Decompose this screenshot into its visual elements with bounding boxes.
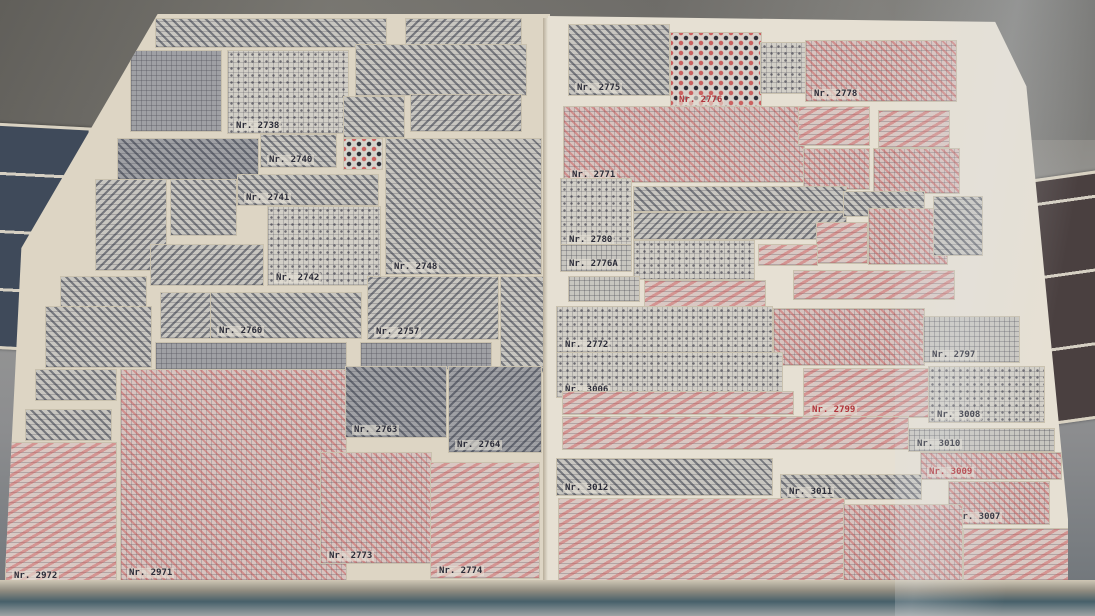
swatch-label: Nr. 2799	[810, 405, 857, 415]
weave-swatch	[758, 244, 818, 266]
weave-swatch: Nr. 2780	[560, 178, 632, 248]
weave-swatch: Nr. 2972	[5, 442, 117, 584]
weave-swatch	[45, 306, 152, 368]
weave-swatch: Nr. 2775	[568, 24, 670, 96]
weave-swatch: Nr. 2757	[367, 276, 499, 340]
weave-swatch	[155, 18, 387, 48]
weave-swatch: Nr. 2776A	[560, 244, 632, 272]
swatch-label: Nr. 2760	[217, 326, 264, 336]
swatch-label: Nr. 2778	[812, 89, 859, 99]
weave-swatch: Nr. 2763	[345, 366, 447, 438]
weave-swatch: Nr. 3012	[556, 458, 773, 496]
weave-swatch: Nr. 2773	[320, 452, 432, 564]
swatch-label: Nr. 2738	[234, 121, 281, 131]
weave-swatch	[798, 106, 870, 146]
weave-swatch: Nr. 2776	[670, 32, 762, 108]
swatch-label: Nr. 2773	[327, 551, 374, 561]
weave-swatch	[35, 369, 117, 401]
weave-swatch	[130, 50, 222, 132]
swatch-label: Nr. 2775	[575, 83, 622, 93]
weave-swatch	[633, 212, 847, 240]
weave-swatch	[644, 280, 766, 308]
weave-swatch	[355, 44, 527, 96]
weave-swatch: Nr. 2738	[227, 50, 349, 134]
weave-swatch: Nr. 2741	[237, 174, 379, 206]
swatch-label: Nr. 2772	[563, 340, 610, 350]
weave-swatch	[633, 186, 847, 212]
weave-swatch	[60, 276, 147, 308]
swatch-label: Nr. 2742	[274, 273, 321, 283]
weave-swatch: Nr. 2740	[260, 134, 337, 168]
weave-swatch: Nr. 2971	[120, 369, 347, 581]
weave-swatch: Nr. 2774	[430, 462, 540, 579]
swatch-label: Nr. 2776	[677, 95, 724, 105]
weave-swatch	[500, 276, 544, 373]
left-page: Nr. 2738 Nr. 2740 Nr. 2748 Nr. 2741 Nr. …	[5, 14, 550, 599]
weave-swatch	[25, 409, 112, 441]
weave-swatch: Nr. 2760	[210, 292, 362, 339]
weave-swatch	[170, 179, 237, 236]
swatch-label: Nr. 2774	[437, 566, 484, 576]
weave-swatch	[562, 416, 909, 450]
weave-swatch	[633, 240, 755, 280]
swatch-label: Nr. 2740	[267, 155, 314, 165]
swatch-label: Nr. 3011	[787, 487, 834, 497]
weave-swatch	[155, 342, 347, 370]
weave-swatch	[343, 138, 383, 170]
glass-reflection	[895, 0, 1095, 616]
weave-swatch	[343, 96, 405, 138]
weave-swatch	[150, 244, 264, 286]
swatch-label: Nr. 2764	[455, 440, 502, 450]
weave-swatch	[760, 42, 807, 94]
swatch-label: Nr. 2757	[374, 327, 421, 337]
weave-swatch	[160, 292, 212, 339]
weave-swatch	[410, 94, 522, 132]
weave-swatch	[803, 148, 870, 190]
weave-swatch: Nr. 2771	[563, 106, 805, 183]
weave-swatch	[816, 222, 868, 264]
weave-swatch: Nr. 2742	[267, 206, 381, 286]
swatch-label: Nr. 3012	[563, 483, 610, 493]
swatch-label: Nr. 2763	[352, 425, 399, 435]
swatch-label: Nr. 2776A	[567, 259, 620, 269]
weave-swatch: Nr. 2772	[556, 306, 773, 353]
weave-swatch	[562, 391, 794, 415]
weave-swatch: Nr. 2764	[448, 366, 542, 453]
swatch-label: Nr. 2741	[244, 193, 291, 203]
weave-swatch: Nr. 2748	[385, 138, 542, 275]
swatch-label: Nr. 2748	[392, 262, 439, 272]
weave-swatch	[568, 276, 640, 302]
swatch-label: Nr. 2971	[127, 568, 174, 578]
